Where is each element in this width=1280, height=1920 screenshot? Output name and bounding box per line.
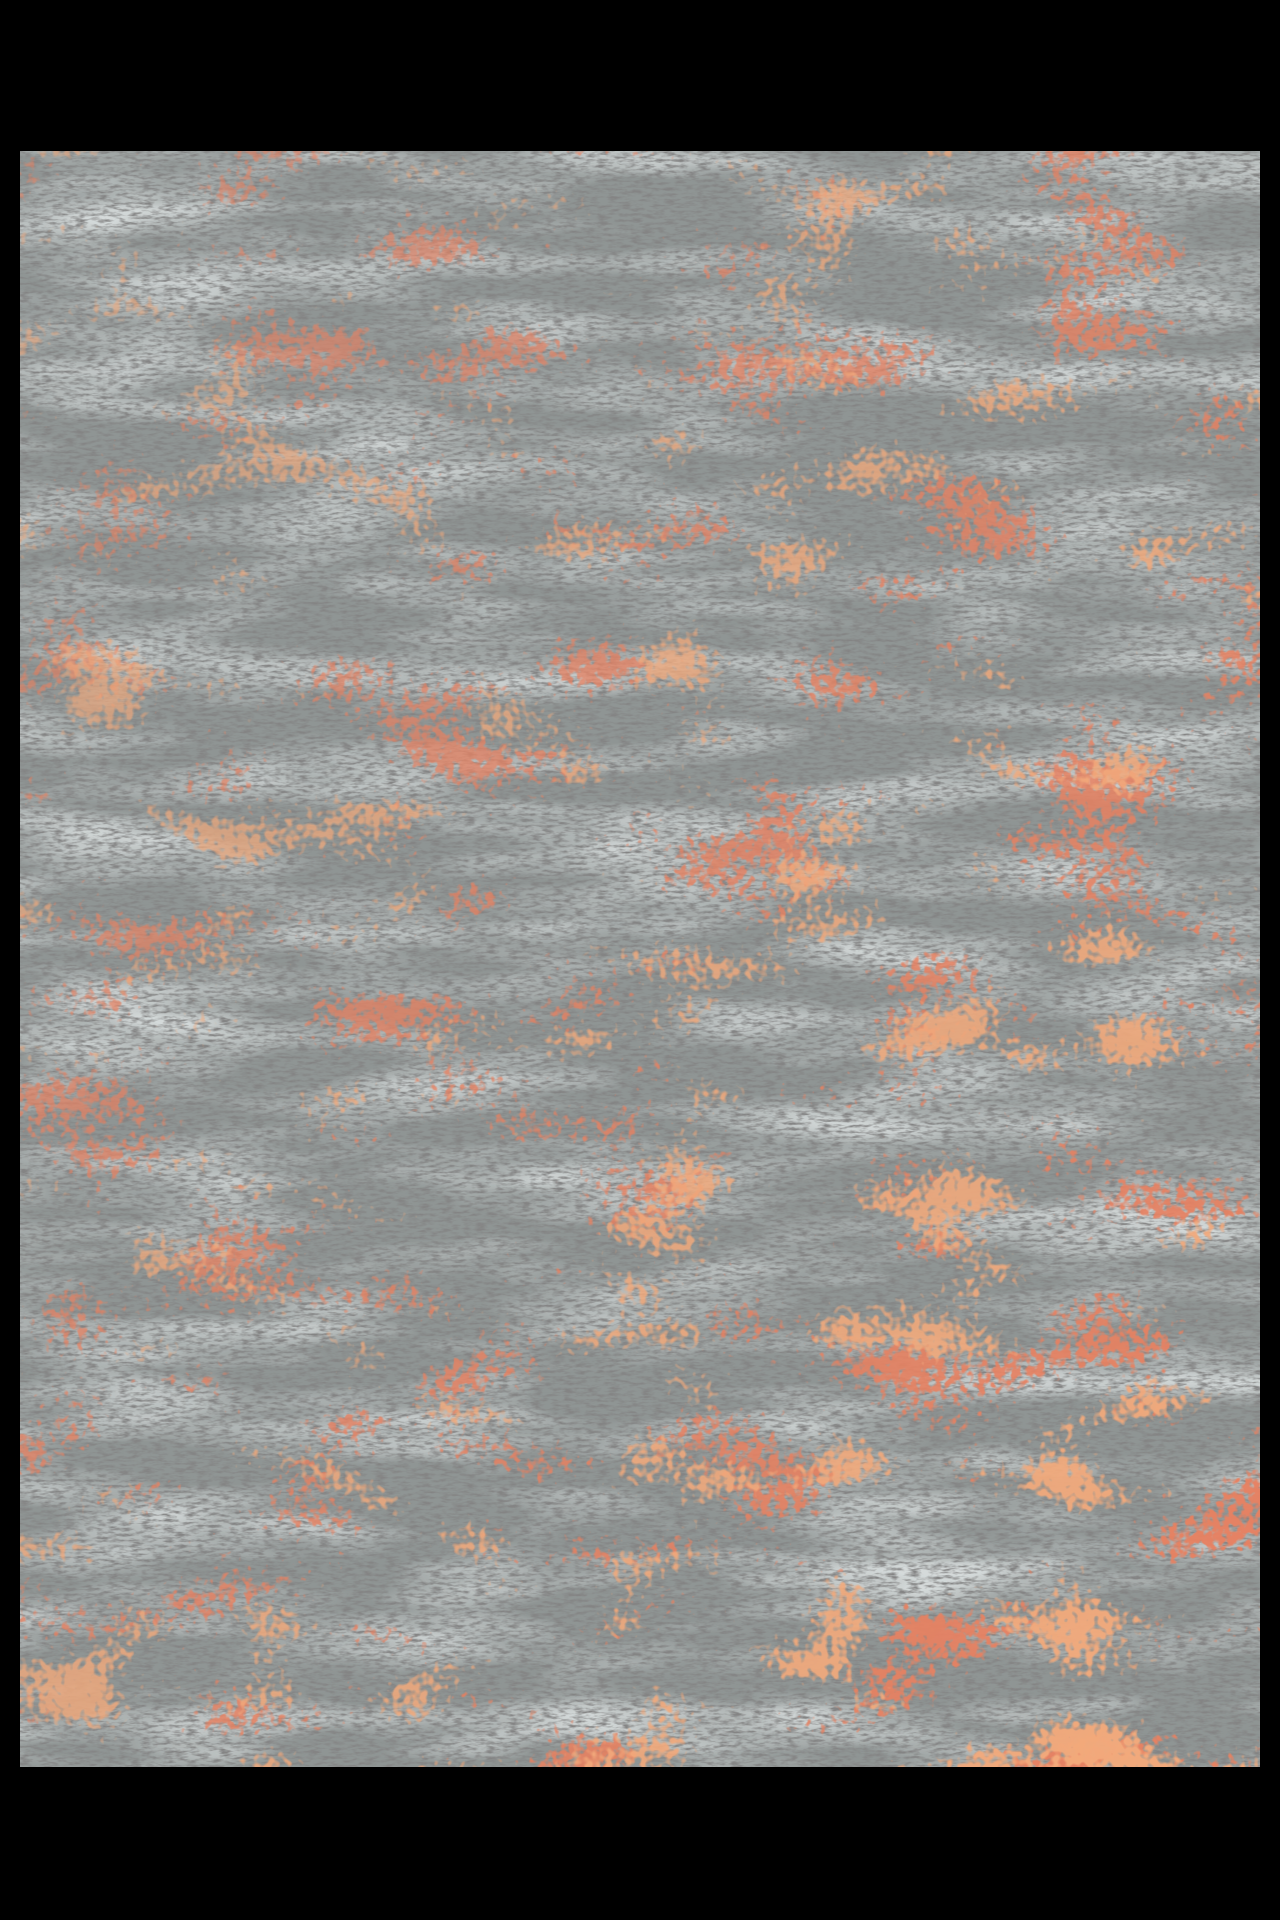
rug-image bbox=[20, 151, 1260, 1767]
rug-texture bbox=[20, 151, 1260, 1767]
